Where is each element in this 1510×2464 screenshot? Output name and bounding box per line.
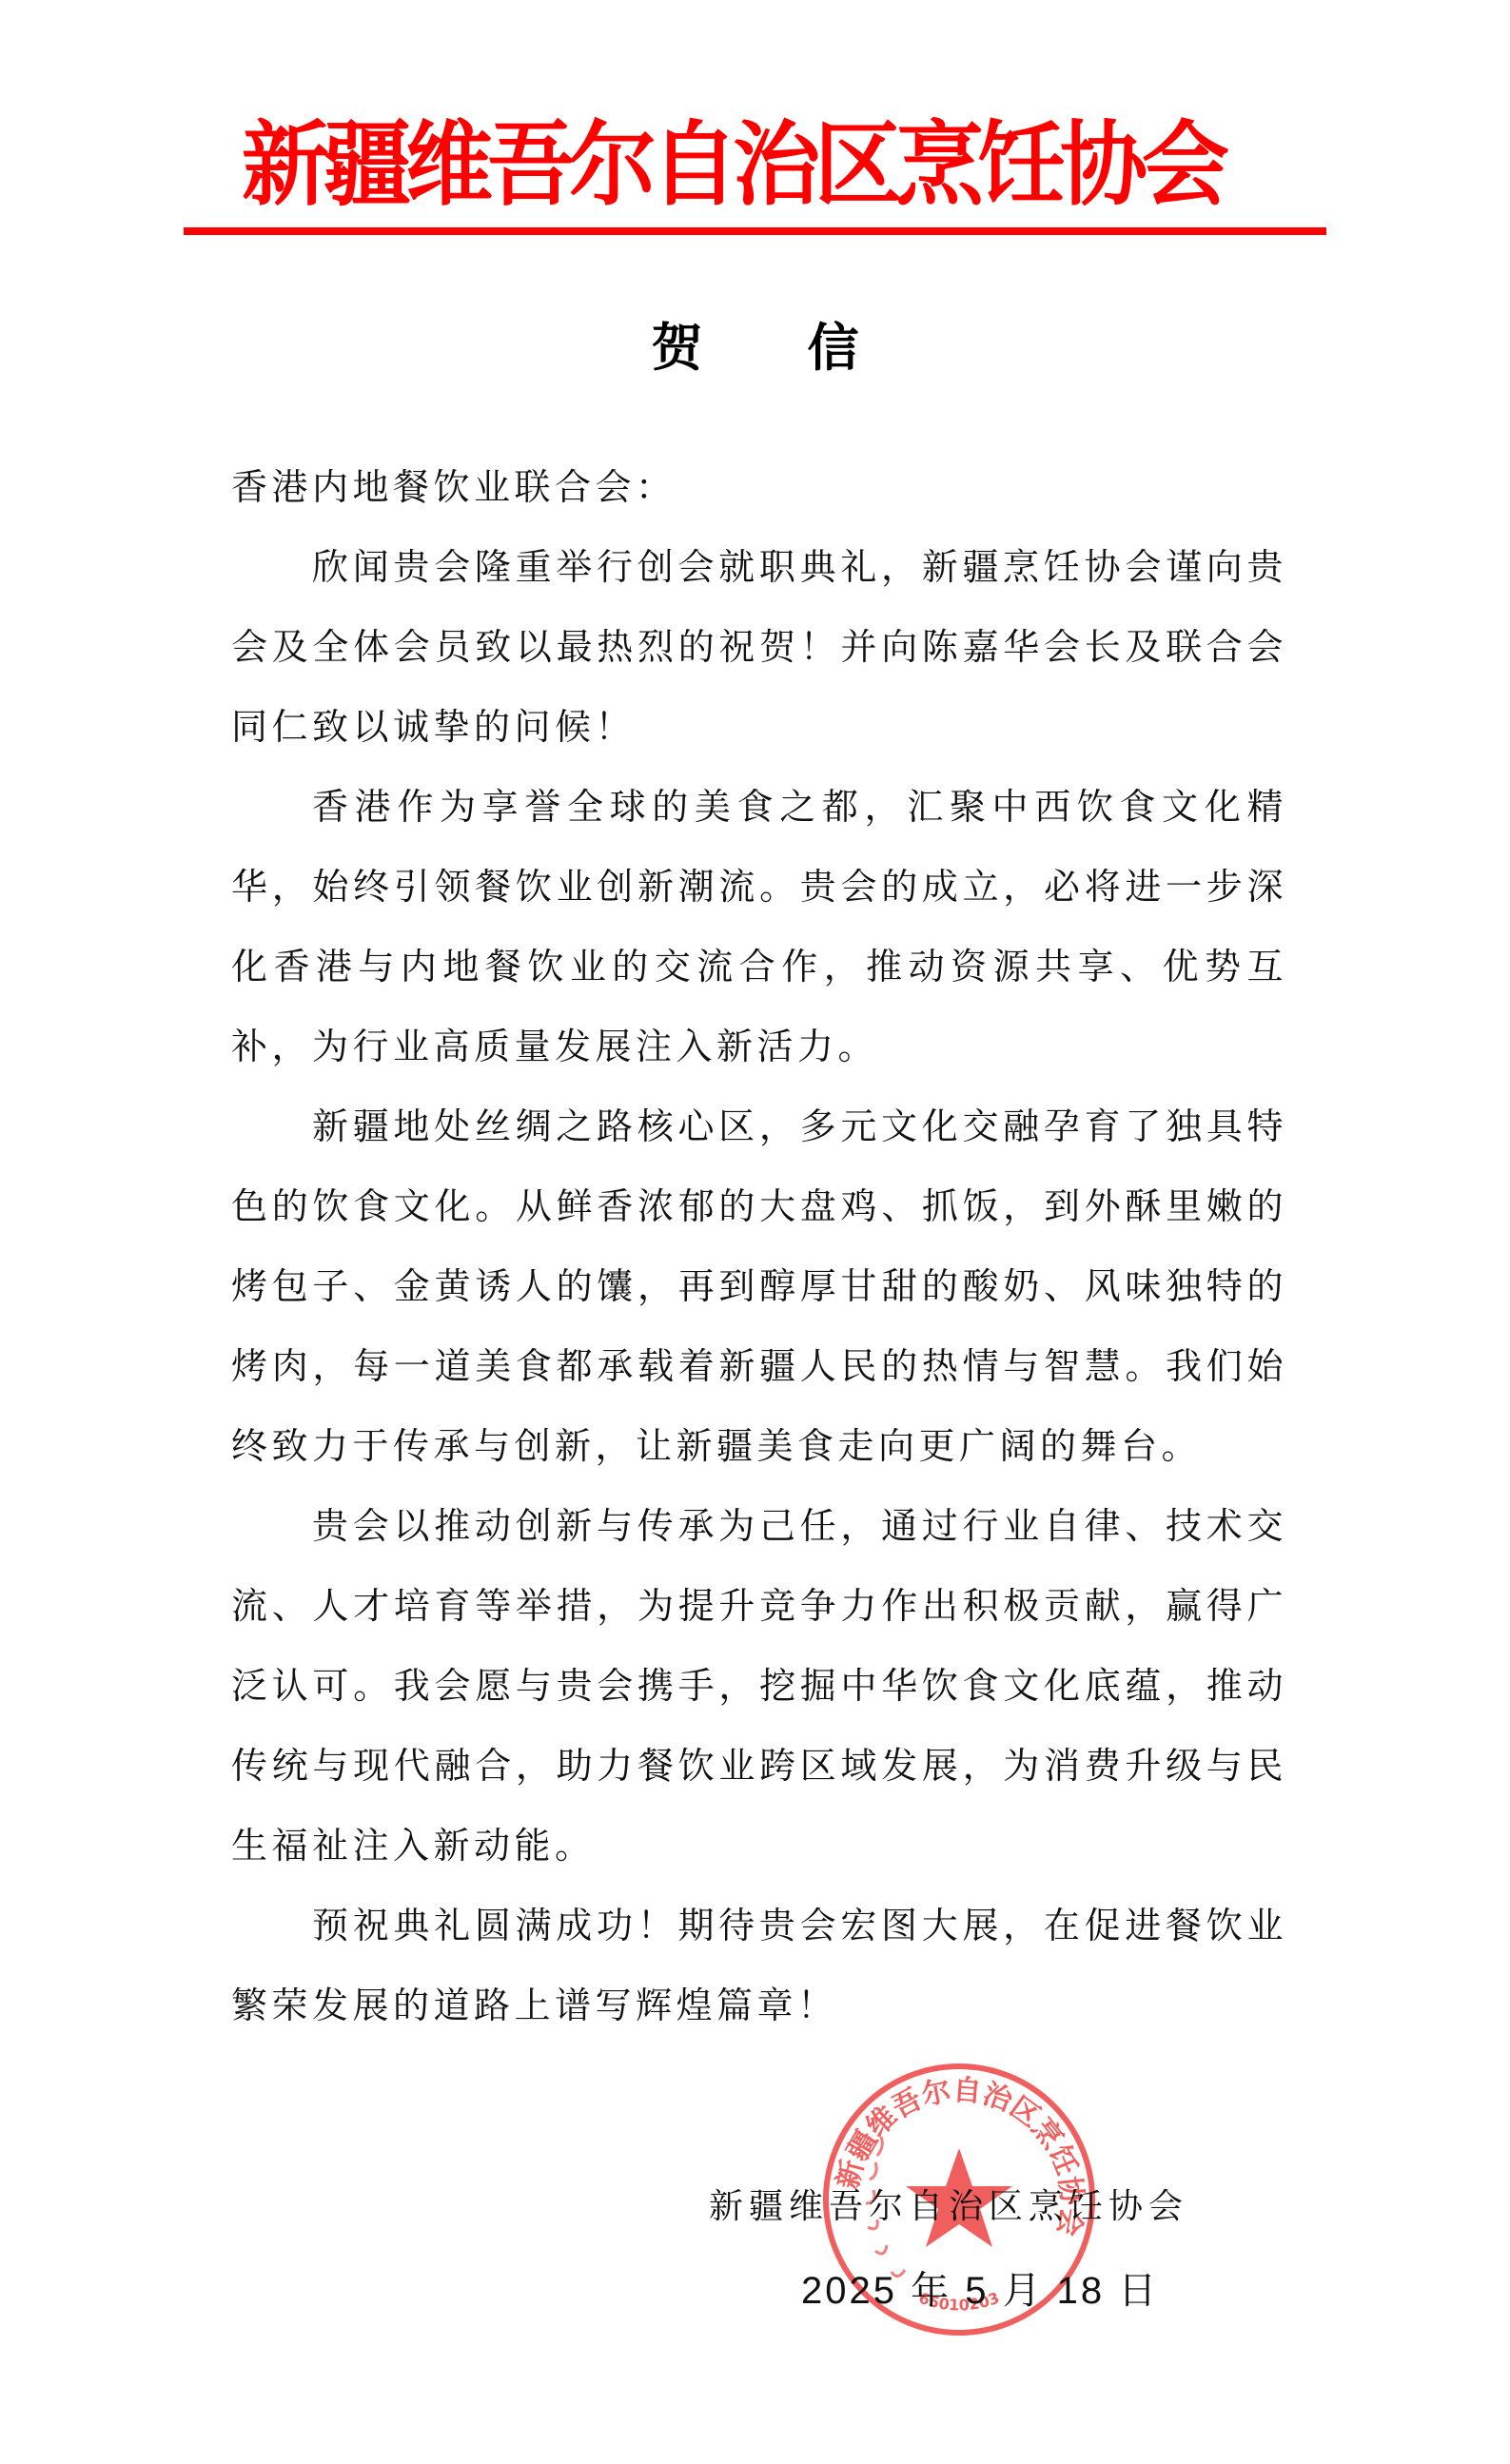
organization-letterhead: 新疆维吾尔自治区烹饪协会 bbox=[186, 109, 1280, 220]
paragraph-1: 欣闻贵会隆重举行创会就职典礼，新疆烹饪协会谨向贵会及全体会员致以最热烈的祝贺！并… bbox=[231, 527, 1287, 767]
letter-page: 新疆维吾尔自治区烹饪协会 贺信 香港内地餐饮业联合会： 欣闻贵会隆重举行创会就职… bbox=[0, 0, 1510, 2464]
signatory-organization: 新疆维吾尔自治区烹饪协会 bbox=[706, 2179, 1191, 2236]
salutation: 香港内地餐饮业联合会： bbox=[231, 447, 1287, 527]
title-char-2: 信 bbox=[808, 314, 859, 381]
paragraph-4: 贵会以推动创新与传承为己任，通过行业自律、技术交流、人才培育等举措，为提升竞争力… bbox=[231, 1486, 1287, 1886]
letterhead-divider bbox=[184, 227, 1326, 235]
title-char-1: 贺 bbox=[652, 314, 703, 381]
paragraph-3: 新疆地处丝绸之路核心区，多元文化交融孕育了独具特色的饮食文化。从鲜香浓郁的大盘鸡… bbox=[231, 1086, 1287, 1486]
paragraph-5: 预祝典礼圆满成功！期待贵会宏图大展，在促进餐饮业繁荣发展的道路上谱写辉煌篇章！ bbox=[231, 1886, 1287, 2045]
signing-date: 2025 年 5 月 18 日 bbox=[801, 2262, 1115, 2319]
document-title: 贺信 bbox=[0, 314, 1510, 381]
letter-body: 香港内地餐饮业联合会： 欣闻贵会隆重举行创会就职典礼，新疆烹饪协会谨向贵会及全体… bbox=[231, 447, 1287, 2045]
paragraph-2: 香港作为享誉全球的美食之都，汇聚中西饮食文化精华，始终引领餐饮业创新潮流。贵会的… bbox=[231, 767, 1287, 1086]
